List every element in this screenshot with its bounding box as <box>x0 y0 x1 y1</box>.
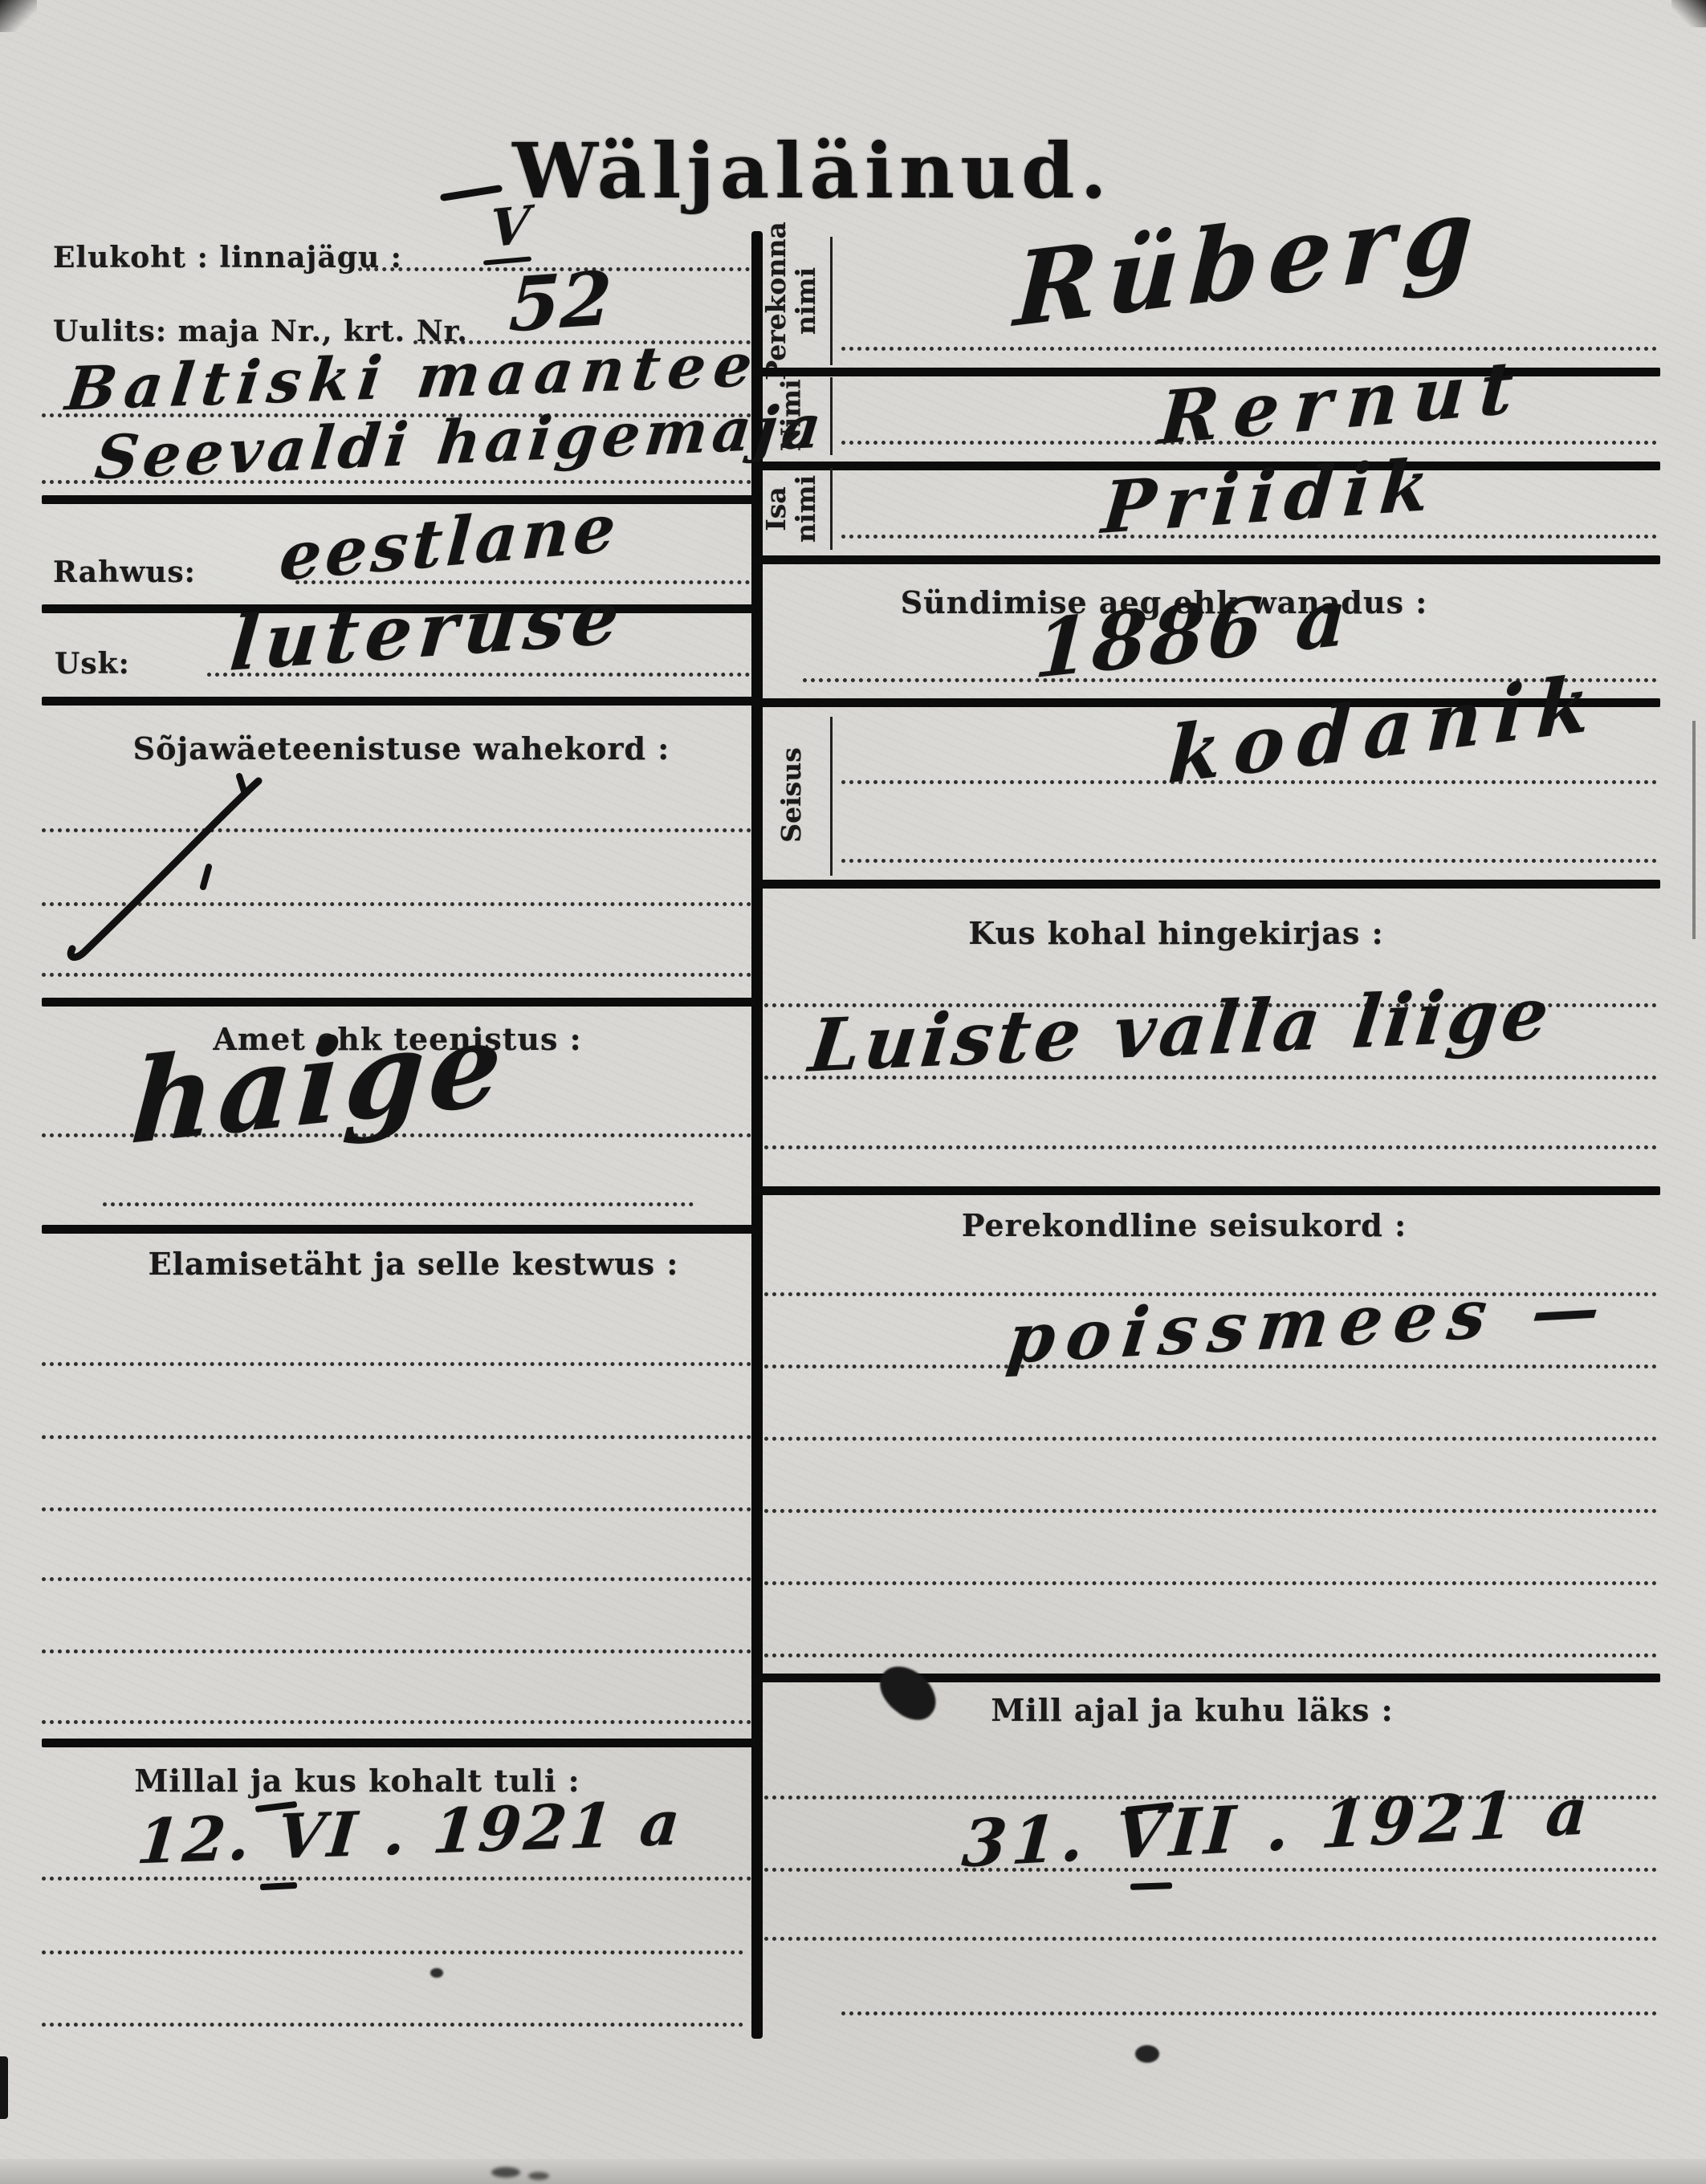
dotted-rule <box>42 1877 751 1881</box>
cancellation-stroke <box>56 759 297 991</box>
dotted-rule <box>841 2011 1657 2015</box>
dotted-rule <box>42 1507 751 1511</box>
arrival-value: 12. VI . 1921 a <box>134 1787 686 1877</box>
dotted-rule <box>841 535 1657 539</box>
section-divider <box>42 697 755 706</box>
dotted-rule <box>764 1937 1657 1941</box>
dotted-rule <box>841 859 1657 863</box>
register-value: Luiste valla liige <box>805 971 1557 1089</box>
family-name-label-line2: nimi <box>792 222 821 380</box>
dotted-rule <box>841 441 1657 445</box>
religion-label: Usk: <box>55 647 130 681</box>
dotted-rule <box>764 1076 1657 1080</box>
first-name-label: Nimi <box>753 377 830 453</box>
father-name-label-line1: Isa <box>762 475 792 543</box>
right-edge-line <box>1692 721 1696 939</box>
status-label-text: Seisus <box>777 747 807 843</box>
dotted-rule <box>764 1437 1657 1441</box>
bottom-smudge <box>528 2172 549 2180</box>
dotted-rule <box>42 1362 751 1366</box>
dotted-rule <box>103 1202 694 1206</box>
dotted-rule <box>42 1435 751 1439</box>
dotted-rule <box>42 1720 751 1724</box>
departure-numeral-underbar <box>1130 1882 1172 1890</box>
corner-shadow-top-left <box>0 0 37 32</box>
label-rule <box>830 717 833 876</box>
dotted-rule <box>42 1950 743 1954</box>
family-name-label-line1: Perekonna <box>762 222 792 380</box>
dotted-rule <box>42 2023 743 2027</box>
first-name-label-text: Nimi <box>777 379 807 451</box>
dotted-rule <box>42 1577 751 1581</box>
section-divider <box>753 880 1660 889</box>
dotted-rule <box>764 1868 1657 1872</box>
dotted-rule <box>764 1653 1657 1657</box>
label-rule <box>830 377 833 455</box>
family-status-label: Perekondline seisukord : <box>903 1207 1465 1243</box>
family-name-label: Perekonna nimi <box>753 237 830 365</box>
departure-value: 31. VII . 1921 a <box>959 1773 1594 1882</box>
house-number-value: 52 <box>507 254 613 348</box>
dotted-rule <box>764 1509 1657 1513</box>
father-name-label-line2: nimi <box>792 475 821 543</box>
register-label: Kus kohal hingekirjas : <box>895 915 1457 951</box>
permit-label: Elamisetäht ja selle kestwus : <box>136 1246 690 1282</box>
arrival-numeral-underbar <box>260 1882 297 1890</box>
label-rule <box>830 237 833 365</box>
nationality-label: Rahwus: <box>53 555 196 589</box>
ink-dot <box>1135 2045 1159 2063</box>
status-label: Seisus <box>753 717 830 873</box>
paper-fleck <box>430 1968 443 1978</box>
dotted-rule <box>42 1649 751 1653</box>
label-rule <box>830 468 833 550</box>
section-divider <box>42 998 755 1007</box>
father-name-value: Priidik <box>1099 442 1442 550</box>
father-name-label: Isa nimi <box>753 468 830 550</box>
section-divider <box>753 1186 1660 1195</box>
dotted-rule <box>764 1581 1657 1585</box>
section-divider <box>42 495 755 504</box>
residence-value: V <box>489 195 531 260</box>
dotted-rule <box>764 1145 1657 1149</box>
left-edge-sliver <box>0 2056 8 2119</box>
departure-label: Mill ajal ja kuhu läks : <box>911 1692 1473 1728</box>
family-status-value: poissmees — <box>1004 1267 1616 1379</box>
section-divider <box>42 1739 755 1747</box>
dotted-rule <box>42 1133 751 1137</box>
bottom-smudge <box>491 2167 520 2178</box>
dotted-rule <box>841 347 1657 351</box>
page-title: Wäljaläinud. <box>451 127 1174 216</box>
corner-shadow-top-right <box>1671 0 1706 27</box>
section-divider <box>753 555 1660 564</box>
dotted-rule <box>764 1364 1657 1369</box>
dotted-rule <box>841 780 1657 784</box>
dotted-rule <box>207 673 750 677</box>
section-divider <box>42 1225 755 1234</box>
bottom-edge-strip <box>0 2159 1706 2184</box>
dotted-rule <box>42 480 751 484</box>
scanned-registration-card: Wäljaläinud. Elukoht : linnajägu : V Uul… <box>0 0 1706 2184</box>
